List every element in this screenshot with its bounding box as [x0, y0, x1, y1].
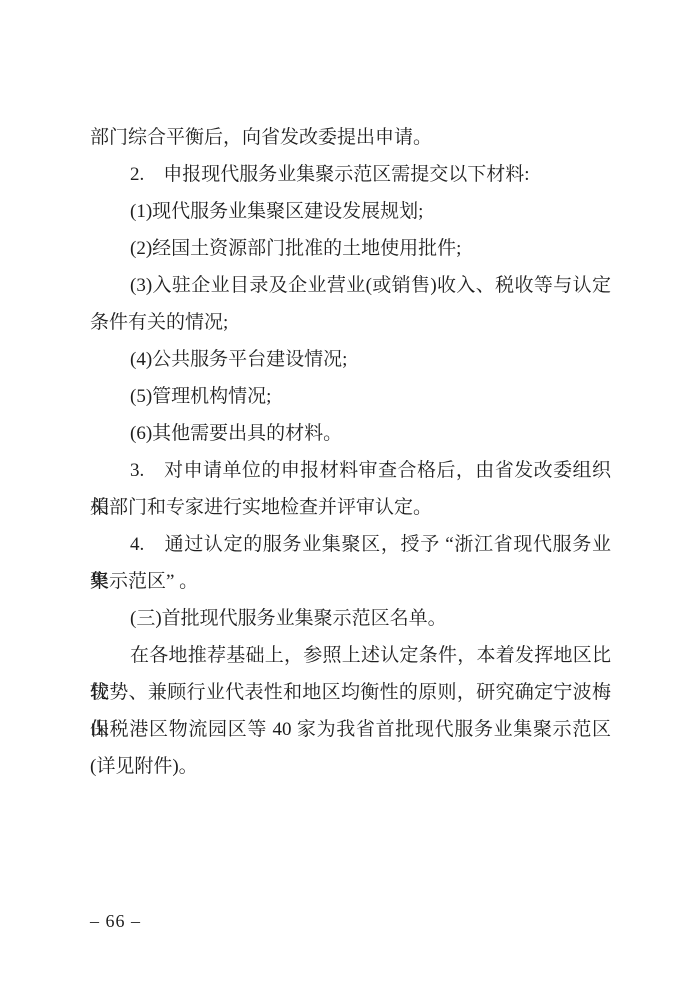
text-line: 在各地推荐基础上，参照上述认定条件，本着发挥地区比较 [90, 637, 611, 674]
text-line: (5)管理机构情况; [90, 378, 611, 415]
text-line: (3)入驻企业目录及企业营业(或销售)收入、税收等与认定 [90, 267, 611, 304]
text-line: 保税港区物流园区等 40 家为我省首批现代服务业集聚示范区 [90, 711, 611, 748]
text-line: 优势、兼顾行业代表性和地区均衡性的原则，研究确定宁波梅山 [90, 674, 611, 711]
text-line: (1)现代服务业集聚区建设发展规划; [90, 193, 611, 230]
text-line: 条件有关的情况; [90, 304, 611, 341]
text-line: 2. 申报现代服务业集聚示范区需提交以下材料: [90, 156, 611, 193]
text-line: (6)其他需要出具的材料。 [90, 415, 611, 452]
text-line: 4. 通过认定的服务业集聚区，授予 “浙江省现代服务业集 [90, 526, 611, 563]
document-page: 部门综合平衡后，向省发改委提出申请。 2. 申报现代服务业集聚示范区需提交以下材… [0, 0, 700, 989]
text-line: 聚示范区” 。 [90, 563, 611, 600]
text-line: 3. 对申请单位的申报材料审查合格后，由省发改委组织相 [90, 452, 611, 489]
text-line: (4)公共服务平台建设情况; [90, 341, 611, 378]
text-line: 部门综合平衡后，向省发改委提出申请。 [90, 119, 611, 156]
text-line: (详见附件)。 [90, 748, 611, 785]
text-line: (2)经国土资源部门批准的土地使用批件; [90, 230, 611, 267]
document-body: 部门综合平衡后，向省发改委提出申请。 2. 申报现代服务业集聚示范区需提交以下材… [90, 119, 611, 785]
text-line: 关部门和专家进行实地检查并评审认定。 [90, 489, 611, 526]
page-number: – 66 – [90, 903, 141, 940]
text-line: (三)首批现代服务业集聚示范区名单。 [90, 600, 611, 637]
